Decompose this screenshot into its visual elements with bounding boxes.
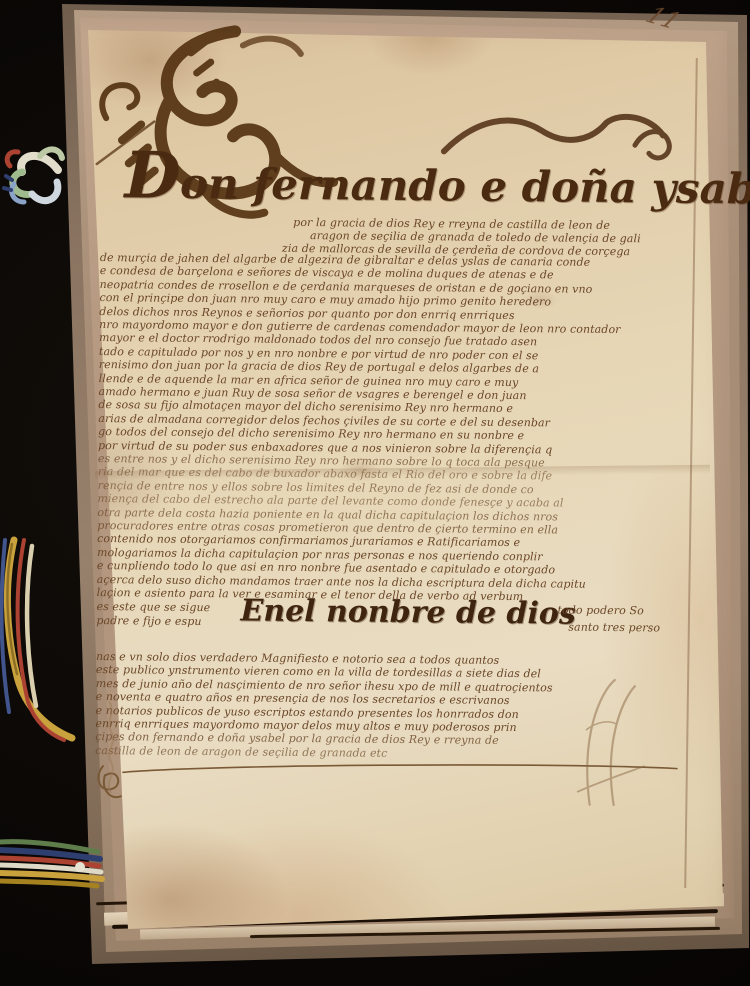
manuscript-line: es este que se sigue: [96, 601, 210, 614]
manuscript-line: santo tres perso: [568, 622, 660, 635]
binding-cords-icon: [0, 540, 100, 750]
binding-tassel-icon: [0, 136, 75, 221]
manuscript-photo: 11 Don fernando e d: [0, 0, 750, 986]
manuscript-line: padre e fijo e espu: [96, 615, 201, 628]
signature-flourish-icon: [558, 669, 659, 815]
binding-cords-bottom-icon: [0, 826, 112, 896]
manuscript-line: todo podero So: [557, 604, 643, 617]
invocation-heading: Enel nonbre de dios: [240, 593, 576, 631]
margin-inscription-icon: [99, 700, 122, 795]
ink-layer: Don fernando e doña ysabel: por la graci…: [0, 0, 750, 986]
royal-heading: Don fernando e doña ysabel:: [124, 138, 750, 220]
